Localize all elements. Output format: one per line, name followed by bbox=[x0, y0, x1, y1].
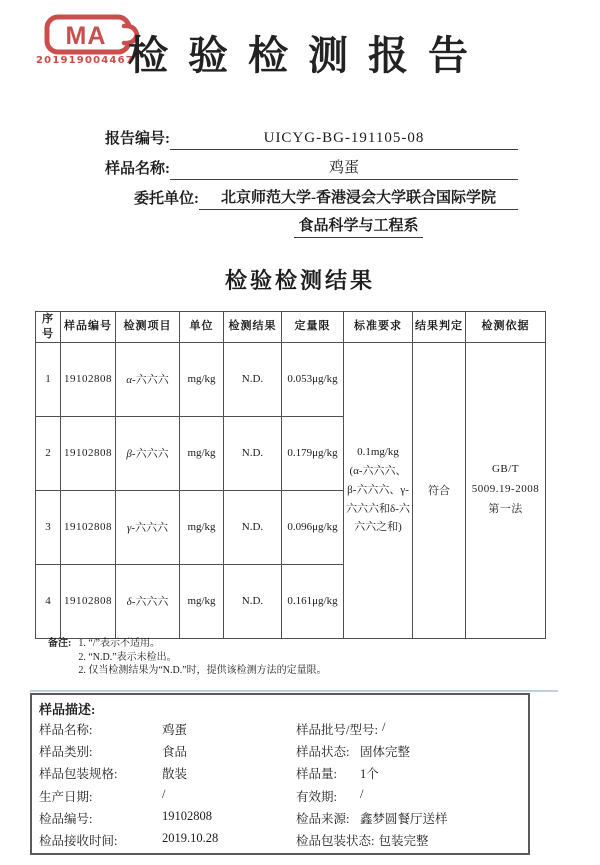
cell-seq: 1 bbox=[36, 342, 61, 416]
cell-result: N.D. bbox=[224, 342, 282, 416]
cell-seq: 2 bbox=[36, 416, 61, 490]
desc-value: 包装完整 bbox=[378, 831, 428, 849]
results-table: 序号 样品编号 检测项目 单位 检测结果 定量限 标准要求 结果判定 检测依据 … bbox=[35, 311, 546, 639]
desc-value: 2019.10.28 bbox=[162, 831, 218, 849]
notes-label: 备注: bbox=[48, 637, 71, 678]
desc-value: 鑫梦圆餐厅送样 bbox=[360, 809, 448, 827]
client-label-empty bbox=[58, 238, 199, 240]
desc-row: 样品名称: 鸡蛋 样品批号/型号: / bbox=[32, 718, 528, 740]
desc-row: 检品编号: 19102808 检品来源: 鑫梦圆餐厅送样 bbox=[32, 807, 528, 829]
header-seq: 序号 bbox=[36, 312, 61, 343]
cell-item: γ-六六六 bbox=[116, 490, 180, 564]
desc-row: 检品接收时间: 2019.10.28 检品包装状态: 包装完整 bbox=[32, 829, 528, 851]
cell-unit: mg/kg bbox=[180, 342, 224, 416]
desc-label: 样品批号/型号: bbox=[296, 720, 382, 738]
cell-loq: 0.096μg/kg bbox=[282, 490, 344, 564]
cell-sample-no: 19102808 bbox=[61, 416, 116, 490]
header-sample-no: 样品编号 bbox=[61, 312, 116, 343]
notes-items: 1. “/”表示不适用。 2. “N.D.”表示未检出。 2. 仅当检测结果为“… bbox=[78, 637, 326, 678]
desc-value: / bbox=[360, 787, 363, 805]
header-verdict: 结果判定 bbox=[413, 312, 466, 343]
desc-label: 检品来源: bbox=[296, 809, 360, 827]
report-number-label: 报告编号: bbox=[58, 127, 170, 150]
desc-value: 19102808 bbox=[162, 809, 212, 827]
sample-name-row: 样品名称: 鸡蛋 bbox=[58, 150, 518, 180]
cell-loq: 0.161μg/kg bbox=[282, 564, 344, 638]
sample-description-box: 样品描述: 样品名称: 鸡蛋 样品批号/型号: / 样品类别: 食品 样品状态:… bbox=[30, 693, 530, 855]
desc-row: 生产日期: / 有效期: / bbox=[32, 785, 528, 807]
client-value-line2-wrap: 食品科学与工程系 bbox=[199, 214, 518, 240]
desc-value: 固体完整 bbox=[360, 742, 410, 760]
note-item: 2. 仅当检测结果为“N.D.”时，提供该检测方法的定量限。 bbox=[78, 664, 326, 678]
cell-unit: mg/kg bbox=[180, 416, 224, 490]
cma-stamp-icon: MA bbox=[44, 14, 140, 56]
results-header-row: 序号 样品编号 检测项目 单位 检测结果 定量限 标准要求 结果判定 检测依据 bbox=[36, 312, 546, 343]
client-value-line2: 食品科学与工程系 bbox=[294, 214, 422, 238]
cell-unit: mg/kg bbox=[180, 564, 224, 638]
note-item: 2. “N.D.”表示未检出。 bbox=[78, 651, 326, 665]
header-standard: 标准要求 bbox=[344, 312, 413, 343]
results-section-title: 检验检测结果 bbox=[0, 264, 600, 295]
desc-label: 有效期: bbox=[296, 787, 360, 805]
cell-item: β-六六六 bbox=[116, 416, 180, 490]
cell-verdict: 符合 bbox=[413, 342, 466, 638]
header-unit: 单位 bbox=[180, 312, 224, 343]
desc-label: 样品包装规格: bbox=[39, 764, 162, 782]
note-item: 1. “/”表示不适用。 bbox=[78, 637, 326, 651]
header-result: 检测结果 bbox=[224, 312, 282, 343]
notes-block: 备注: 1. “/”表示不适用。 2. “N.D.”表示未检出。 2. 仅当检测… bbox=[48, 637, 327, 678]
cell-item: δ-六六六 bbox=[116, 564, 180, 638]
desc-label: 检品包装状态: bbox=[296, 831, 378, 849]
client-row: 委托单位: 北京师范大学-香港浸会大学联合国际学院 bbox=[58, 180, 518, 210]
desc-row: 样品类别: 食品 样品状态: 固体完整 bbox=[32, 740, 528, 762]
report-number-row: 报告编号: UICYG-BG-191105-08 bbox=[58, 120, 518, 150]
cell-result: N.D. bbox=[224, 490, 282, 564]
cell-loq: 0.053μg/kg bbox=[282, 342, 344, 416]
cell-sample-no: 19102808 bbox=[61, 564, 116, 638]
cell-result: N.D. bbox=[224, 416, 282, 490]
desc-label: 样品状态: bbox=[296, 742, 360, 760]
sample-description-title: 样品描述: bbox=[32, 695, 528, 718]
cell-result: N.D. bbox=[224, 564, 282, 638]
desc-row: 样品包装规格: 散装 样品量: 1个 bbox=[32, 762, 528, 784]
header-loq: 定量限 bbox=[282, 312, 344, 343]
cell-seq: 4 bbox=[36, 564, 61, 638]
desc-label: 检品接收时间: bbox=[39, 831, 162, 849]
cell-unit: mg/kg bbox=[180, 490, 224, 564]
sample-name-label: 样品名称: bbox=[58, 157, 170, 180]
client-label: 委托单位: bbox=[58, 187, 199, 210]
desc-label: 检品编号: bbox=[39, 809, 162, 827]
desc-value: / bbox=[162, 787, 165, 805]
cma-mark-text: MA bbox=[66, 22, 107, 50]
desc-label: 样品类别: bbox=[39, 742, 162, 760]
client-value-line1: 北京师范大学-香港浸会大学联合国际学院 bbox=[199, 186, 518, 210]
cell-seq: 3 bbox=[36, 490, 61, 564]
page-title: 检验检测报告 bbox=[128, 24, 488, 81]
cell-standard-requirement: 0.1mg/kg (α-六六六、β-六六六、γ-六六六和δ-六六六之和) bbox=[344, 342, 413, 638]
header-method: 检测依据 bbox=[466, 312, 546, 343]
desc-value: 鸡蛋 bbox=[162, 720, 187, 738]
report-number-value: UICYG-BG-191105-08 bbox=[170, 130, 518, 150]
cell-sample-no: 19102808 bbox=[61, 342, 116, 416]
desc-label: 生产日期: bbox=[39, 787, 162, 805]
cell-sample-no: 19102808 bbox=[61, 490, 116, 564]
desc-label: 样品量: bbox=[296, 764, 360, 782]
report-info-block: 报告编号: UICYG-BG-191105-08 样品名称: 鸡蛋 委托单位: … bbox=[58, 120, 518, 240]
scan-accent-line bbox=[30, 690, 558, 692]
cell-loq: 0.179μg/kg bbox=[282, 416, 344, 490]
client-row-2: 食品科学与工程系 bbox=[58, 210, 518, 240]
desc-value: / bbox=[382, 720, 385, 738]
cell-method: GB/T 5009.19-2008 第一法 bbox=[466, 342, 546, 638]
cell-item: α-六六六 bbox=[116, 342, 180, 416]
header-item: 检测项目 bbox=[116, 312, 180, 343]
result-row: 1 19102808 α-六六六 mg/kg N.D. 0.053μg/kg 0… bbox=[36, 342, 546, 416]
desc-value: 散装 bbox=[162, 764, 187, 782]
desc-value: 1个 bbox=[360, 764, 379, 782]
sample-name-value: 鸡蛋 bbox=[170, 156, 518, 180]
desc-value: 食品 bbox=[162, 742, 187, 760]
desc-label: 样品名称: bbox=[39, 720, 162, 738]
